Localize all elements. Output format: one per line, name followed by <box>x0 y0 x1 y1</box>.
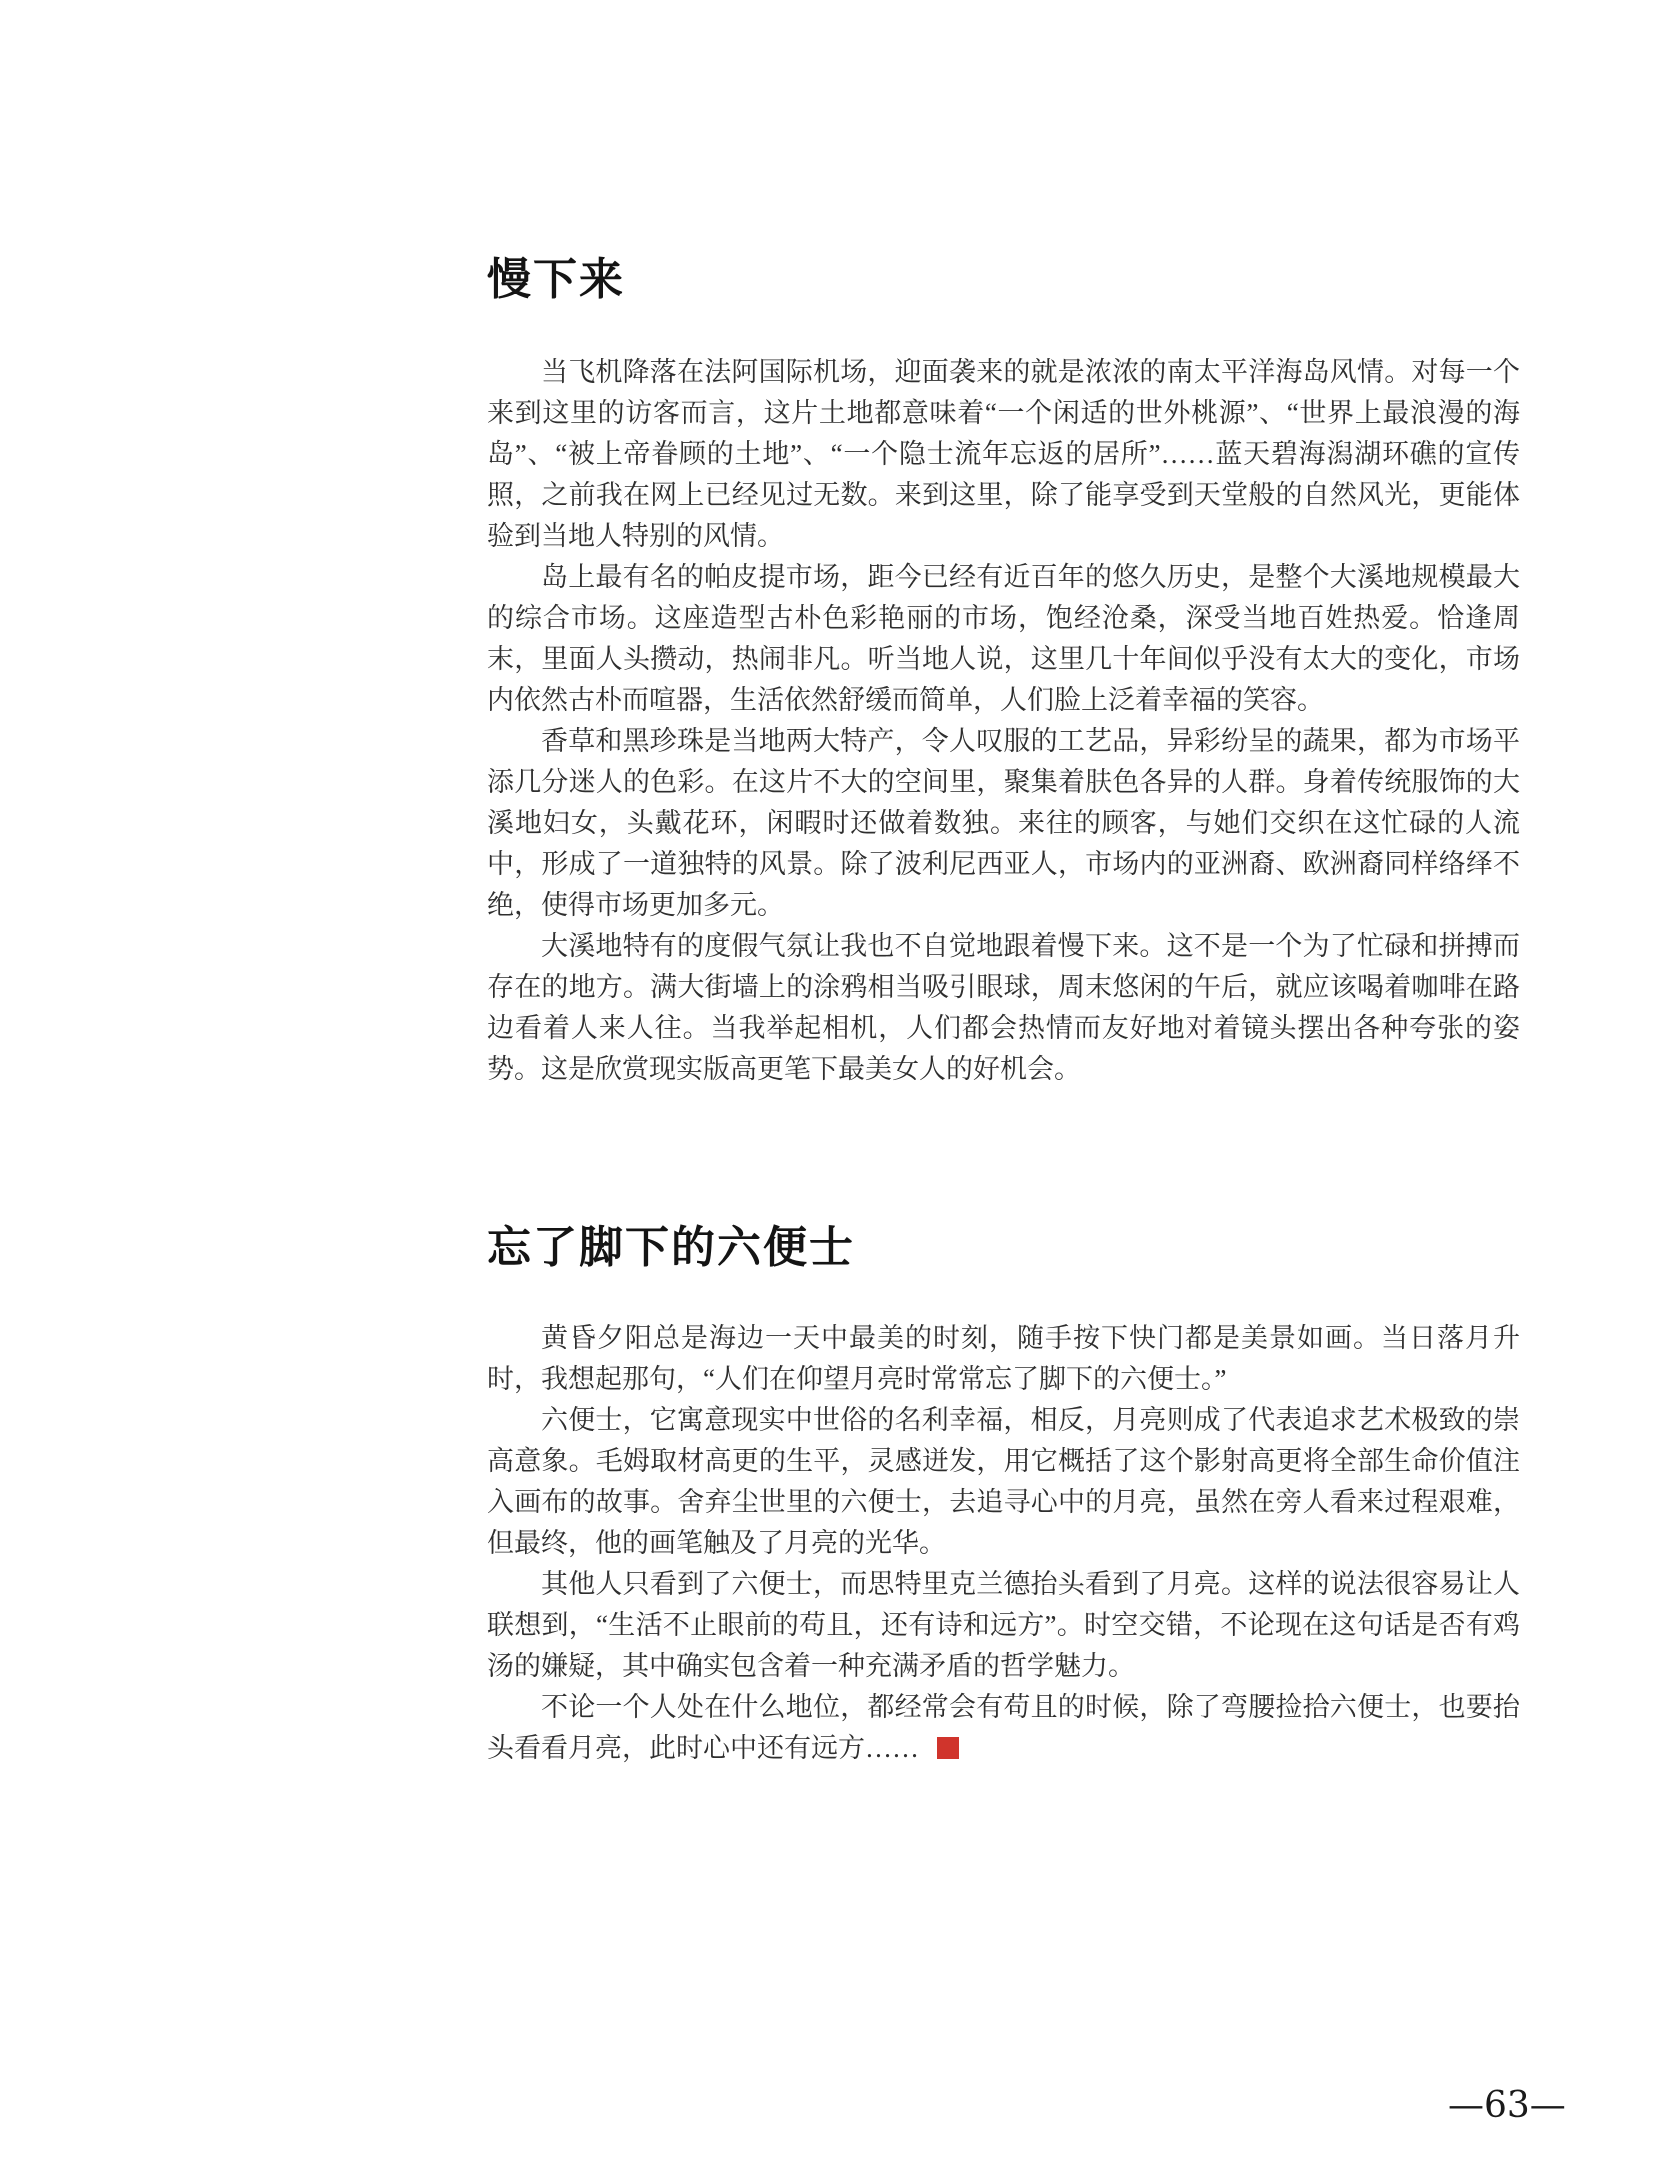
paragraph: 岛上最有名的帕皮提市场，距今已经有近百年的悠久历史，是整个大溪地规模最大的综合市… <box>487 557 1520 721</box>
section-heading-slow-down: 慢下来 <box>487 256 1520 304</box>
section-body-sixpence: 黄昏夕阳总是海边一天中最美的时刻，随手按下快门都是美景如画。当日落月升时，我想起… <box>487 1318 1520 1769</box>
paragraph-text: 不论一个人处在什么地位，都经常会有苟且的时候，除了弯腰捡拾六便士，也要抬头看看月… <box>487 1692 1520 1763</box>
content-column: 慢下来 当飞机降落在法阿国际机场，迎面袭来的就是浓浓的南太平洋海岛风情。对每一个… <box>487 0 1520 1769</box>
paragraph: 不论一个人处在什么地位，都经常会有苟且的时候，除了弯腰捡拾六便士，也要抬头看看月… <box>487 1687 1520 1769</box>
paragraph: 大溪地特有的度假气氛让我也不自觉地跟着慢下来。这不是一个为了忙碌和拼搏而存在的地… <box>487 926 1520 1090</box>
paragraph: 当飞机降落在法阿国际机场，迎面袭来的就是浓浓的南太平洋海岛风情。对每一个来到这里… <box>487 352 1520 557</box>
magazine-page: 慢下来 当飞机降落在法阿国际机场，迎面袭来的就是浓浓的南太平洋海岛风情。对每一个… <box>0 0 1654 2165</box>
paragraph: 六便士，它寓意现实中世俗的名利幸福，相反，月亮则成了代表追求艺术极致的崇高意象。… <box>487 1400 1520 1564</box>
page-number: —63— <box>1448 2086 1566 2126</box>
paragraph: 香草和黑珍珠是当地两大特产，令人叹服的工艺品，异彩纷呈的蔬果，都为市场平添几分迷… <box>487 721 1520 926</box>
paragraph: 黄昏夕阳总是海边一天中最美的时刻，随手按下快门都是美景如画。当日落月升时，我想起… <box>487 1318 1520 1400</box>
section-body-slow-down: 当飞机降落在法阿国际机场，迎面袭来的就是浓浓的南太平洋海岛风情。对每一个来到这里… <box>487 352 1520 1090</box>
article-end-mark-square <box>937 1737 959 1759</box>
section-heading-sixpence: 忘了脚下的六便士 <box>487 1224 1520 1272</box>
paragraph: 其他人只看到了六便士，而思特里克兰德抬头看到了月亮。这样的说法很容易让人联想到，… <box>487 1564 1520 1687</box>
